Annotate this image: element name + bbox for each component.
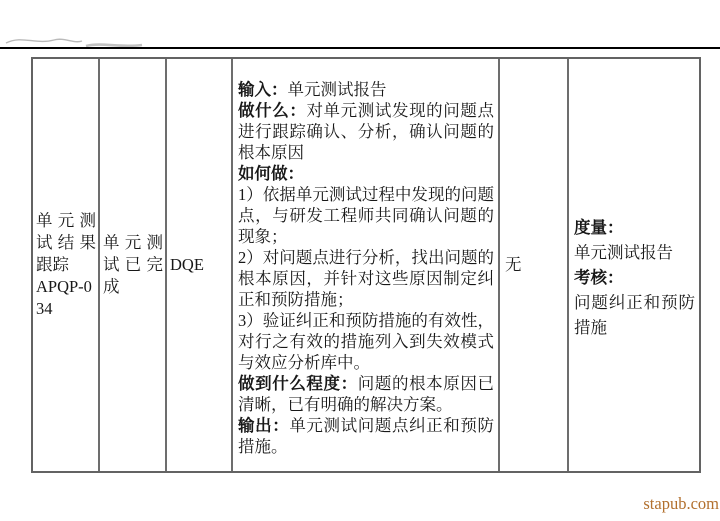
measure-label-row: 度量： bbox=[574, 215, 695, 240]
input-label: 输入： bbox=[238, 80, 288, 99]
how-step-3: 3）验证纠正和预防措施的有效性，对行之有效的措施列入到失效模式与效应分析库中。 bbox=[238, 310, 494, 373]
cell-completion-criteria: 单元测试已完成 bbox=[100, 59, 167, 471]
cell-activity: 单元测试结果跟踪 APQP-034 bbox=[33, 59, 100, 471]
cell-remark: 无 bbox=[500, 59, 569, 471]
measure-label: 度量： bbox=[574, 218, 624, 237]
cell-description: 输入：单元测试报告 做什么：对单元测试发现的问题点进行跟踪确认、分析，确认问题的… bbox=[233, 59, 500, 471]
degree-label: 做到什么程度： bbox=[238, 374, 358, 393]
what-label: 做什么： bbox=[238, 101, 306, 120]
cell-measurement: 度量： 单元测试报告 考核： 问题纠正和预防措施 bbox=[569, 59, 699, 471]
owner-text: DQE bbox=[170, 254, 229, 276]
cell-owner: DQE bbox=[167, 59, 233, 471]
measure-text: 单元测试报告 bbox=[574, 240, 695, 265]
how-label: 如何做： bbox=[238, 164, 304, 183]
document-page: 单元测试结果跟踪 APQP-034 单元测试已完成 DQE 输入：单元测试报告 … bbox=[0, 0, 720, 521]
assess-label-row: 考核： bbox=[574, 265, 695, 290]
remark-text: 无 bbox=[505, 254, 565, 276]
description-what: 做什么：对单元测试发现的问题点进行跟踪确认、分析，确认问题的根本原因 bbox=[238, 100, 494, 163]
description-degree: 做到什么程度：问题的根本原因已清晰，已有明确的解决方案。 bbox=[238, 373, 494, 415]
process-table: 单元测试结果跟踪 APQP-034 单元测试已完成 DQE 输入：单元测试报告 … bbox=[31, 57, 701, 473]
horizontal-rule bbox=[0, 47, 720, 49]
input-text: 单元测试报告 bbox=[288, 80, 387, 99]
activity-title: 单元测试结果跟踪 bbox=[36, 210, 96, 276]
how-step-1: 1）依据单元测试过程中发现的问题点，与研发工程师共同确认问题的现象； bbox=[238, 184, 494, 247]
assess-label: 考核： bbox=[574, 268, 624, 287]
how-step-2: 2）对问题点进行分析，找出问题的根本原因，并针对这些原因制定纠正和预防措施； bbox=[238, 247, 494, 310]
output-label: 输出： bbox=[238, 416, 289, 435]
completion-criteria-text: 单元测试已完成 bbox=[103, 232, 163, 298]
assess-text: 问题纠正和预防措施 bbox=[574, 290, 695, 340]
description-output: 输出：单元测试问题点纠正和预防措施。 bbox=[238, 415, 494, 457]
description-how-label: 如何做： bbox=[238, 163, 494, 184]
description-input: 输入：单元测试报告 bbox=[238, 79, 494, 100]
watermark: stapub.com bbox=[643, 494, 719, 514]
activity-code: APQP-034 bbox=[36, 276, 96, 320]
